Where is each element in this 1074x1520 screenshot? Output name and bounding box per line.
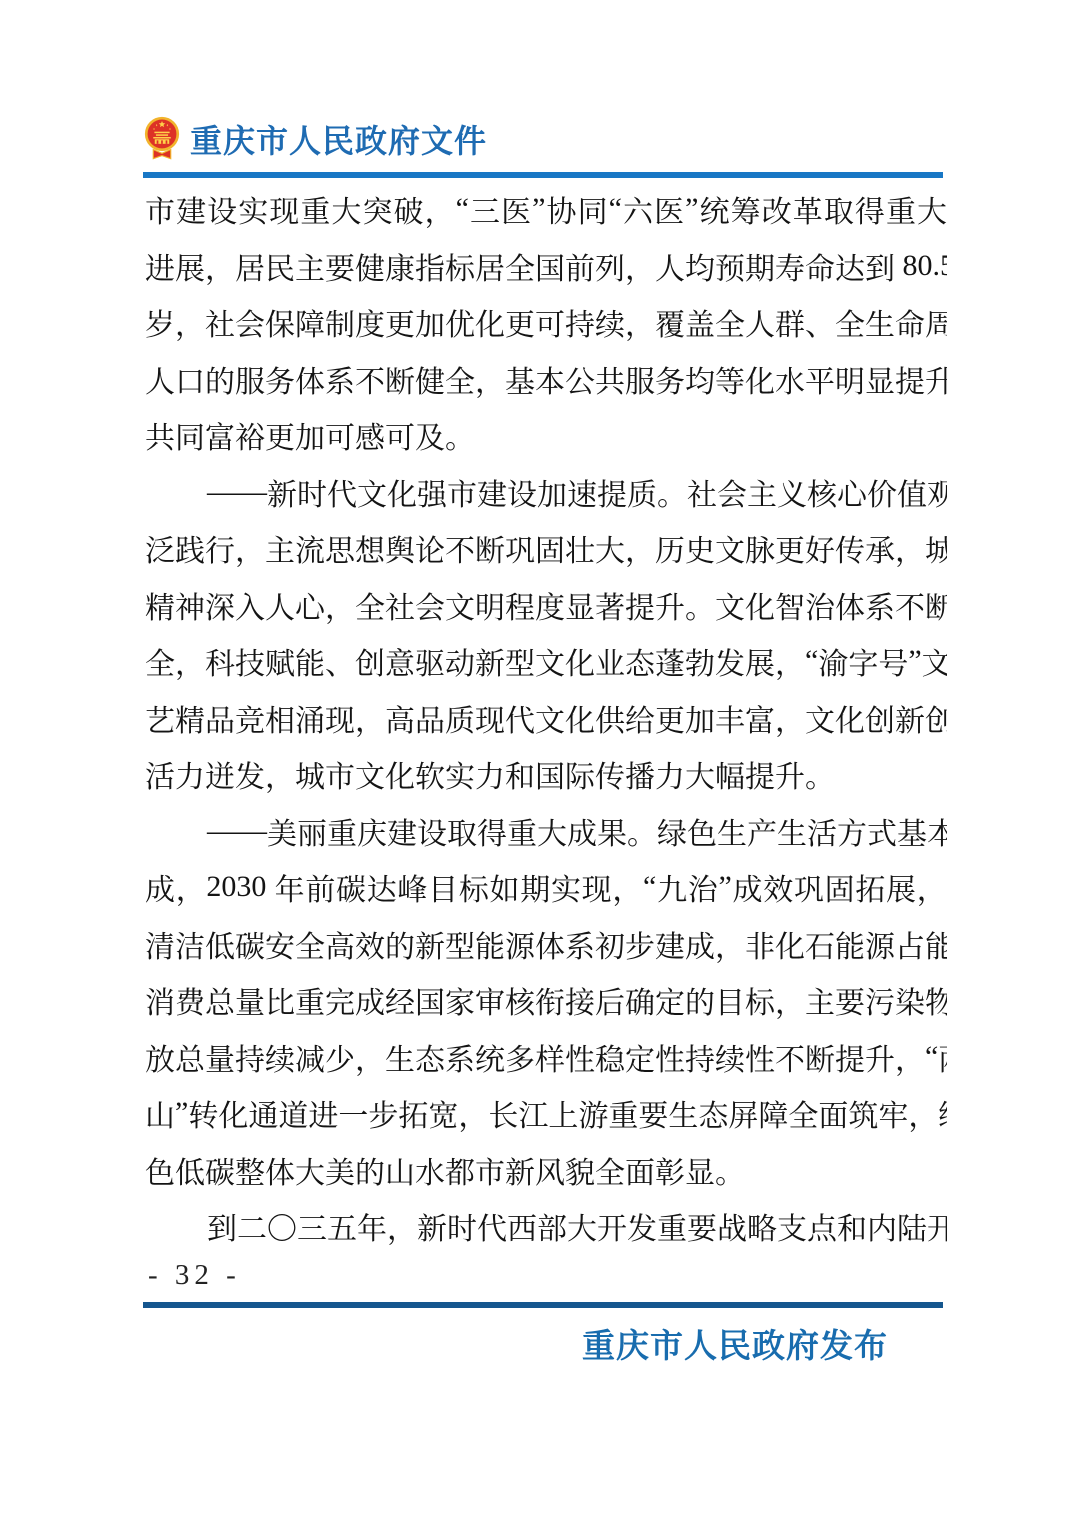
body-line: 色低碳整体大美的山水都市新风貌全面彰显。 [145, 1142, 947, 1199]
body-line: 精神深入人心，全社会文明程度显著提升。文化智治体系不断健 [145, 577, 947, 634]
body-line: 放总量持续减少，生态系统多样性稳定性持续性不断提升，“两 [145, 1029, 947, 1086]
body-line: 共同富裕更加可感可及。 [145, 407, 947, 464]
body-line: 泛践行，主流思想舆论不断巩固壮大，历史文脉更好传承，城市 [145, 520, 947, 577]
body-line: 人口的服务体系不断健全，基本公共服务均等化水平明显提升， [145, 351, 947, 408]
body-line: 艺精品竞相涌现，高品质现代文化供给更加丰富，文化创新创造 [145, 690, 947, 747]
national-emblem-icon [143, 115, 181, 162]
body-line: 岁，社会保障制度更加优化更可持续，覆盖全人群、全生命周期 [145, 294, 947, 351]
footer-rule [143, 1302, 943, 1308]
page-number: - 32 - [148, 1259, 241, 1292]
body-line: 进展，居民主要健康指标居全国前列，人均预期寿命达到 80.5 [145, 238, 947, 295]
body-lines: 市建设实现重大突破，“三医”协同“六医”统筹改革取得重大进展，居民主要健康指标居… [145, 181, 947, 1255]
body-line: 市建设实现重大突破，“三医”协同“六医”统筹改革取得重大 [145, 181, 947, 238]
body-line: 成，2030 年前碳达峰目标如期实现，“九治”成效巩固拓展， [145, 859, 947, 916]
body-line: ——新时代文化强市建设加速提质。社会主义核心价值观广 [145, 464, 947, 521]
body-line: 山”转化通道进一步拓宽，长江上游重要生态屏障全面筑牢，绿 [145, 1085, 947, 1142]
document-header: 重庆市人民政府文件 [143, 115, 487, 162]
document-page: 重庆市人民政府文件 市建设实现重大突破，“三医”协同“六医”统筹改革取得重大进展… [0, 0, 1074, 1520]
publisher-label: 重庆市人民政府发布 [143, 1320, 888, 1367]
body-line: 全，科技赋能、创意驱动新型文化业态蓬勃发展，“渝字号”文 [145, 633, 947, 690]
body-line: 到二〇三五年，新时代西部大开发重要战略支点和内陆开放 [145, 1198, 947, 1255]
body-line: ——美丽重庆建设取得重大成果。绿色生产生活方式基本形 [145, 803, 947, 860]
document-title: 重庆市人民政府文件 [190, 116, 487, 162]
header-rule [143, 172, 943, 178]
body-line: 清洁低碳安全高效的新型能源体系初步建成，非化石能源占能源 [145, 916, 947, 973]
body-line: 消费总量比重完成经国家审核衔接后确定的目标，主要污染物排 [145, 972, 947, 1029]
body-line: 活力迸发，城市文化软实力和国际传播力大幅提升。 [145, 746, 947, 803]
